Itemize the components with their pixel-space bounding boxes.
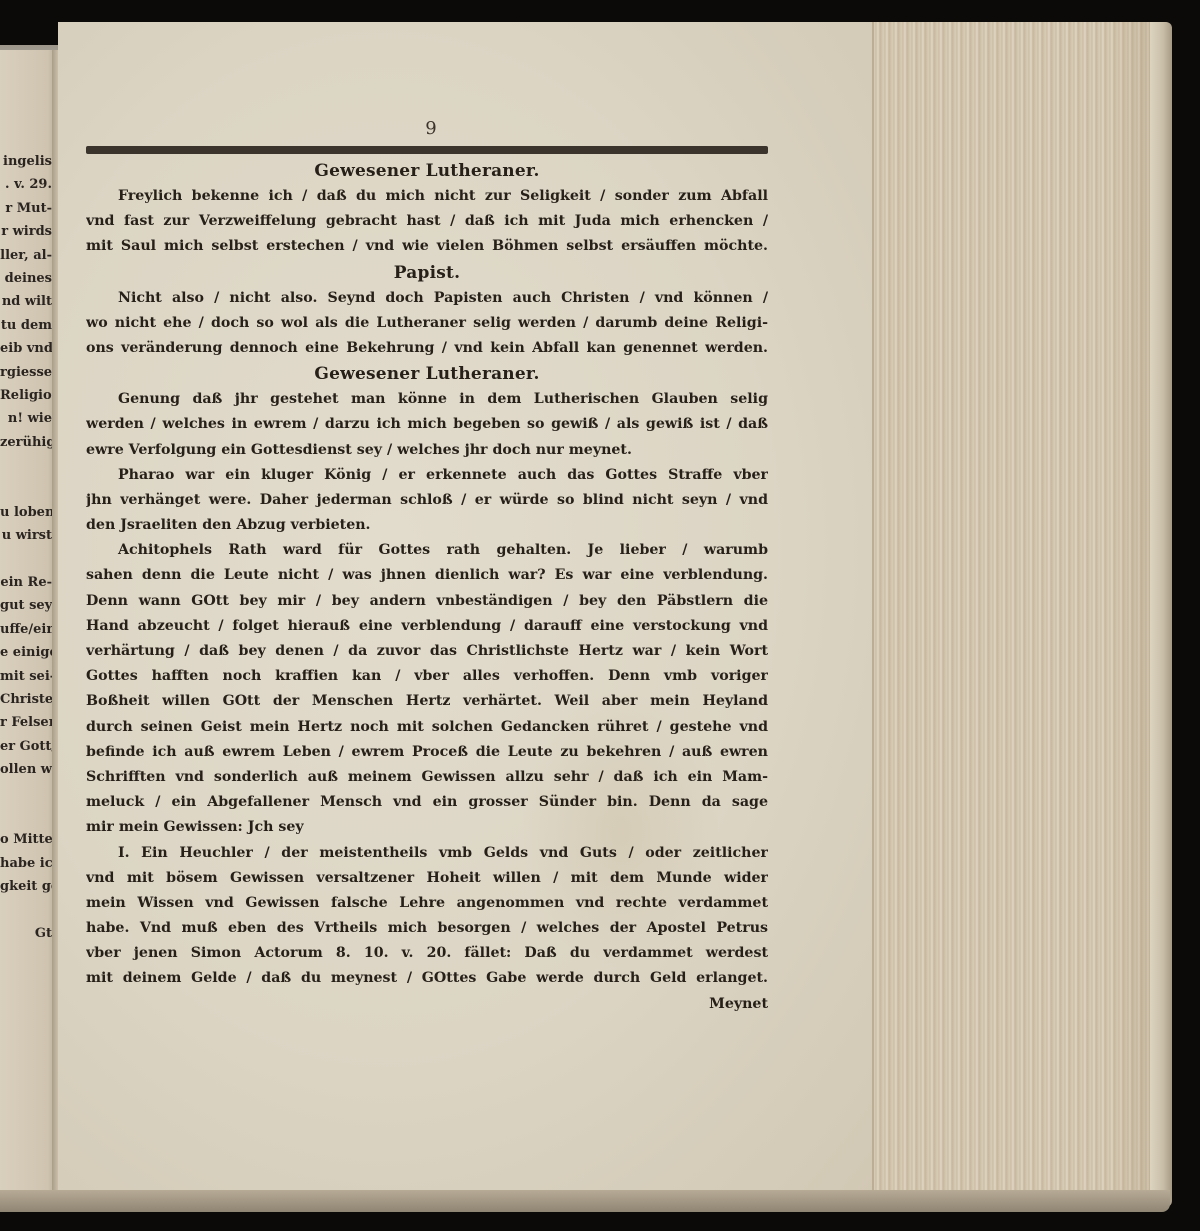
left-fragment-line: o Mittel — [0, 828, 52, 851]
text-line: wo nicht ehe / doch so wol als die Luthe… — [86, 311, 768, 336]
text-line: habe. Vnd muß eben des Vrtheils mich bes… — [86, 916, 768, 941]
left-fragment-line: er Gott/ — [0, 735, 52, 758]
left-fragment-line: u loben/ — [0, 501, 52, 524]
left-fragment-line: ein Re- — [0, 571, 52, 594]
left-fragment-line: r wirds — [0, 220, 52, 243]
text-line: Hand abzeucht / folget hierauß eine verb… — [86, 614, 768, 639]
text-line: mit Saul mich selbst erstechen / vnd wie… — [86, 234, 768, 259]
text-line: meluck / ein Abgefallener Mensch vnd ein… — [86, 790, 768, 815]
left-fragment-line: tu dem — [0, 314, 52, 337]
left-fragment-line: Gt — [0, 922, 52, 945]
text-line: Achitophels Rath ward für Gottes rath ge… — [86, 538, 768, 563]
left-fragment-line — [0, 477, 52, 500]
header-rule — [86, 146, 768, 154]
text-line: Genung daß jhr gestehet man könne in dem… — [86, 387, 768, 412]
speaker-heading: Papist. — [86, 260, 768, 286]
text-line: I. Ein Heuchler / der meistentheils vmb … — [86, 841, 768, 866]
text-line: verhärtung / daß bey denen / da zuvor da… — [86, 639, 768, 664]
left-fragment-line: e einige — [0, 641, 52, 664]
left-fragment-line: nd wilt — [0, 290, 52, 313]
left-fragment-line: n! wie — [0, 407, 52, 430]
left-fragment-line: eib vnd — [0, 337, 52, 360]
left-fragment-line: Christe/ — [0, 688, 52, 711]
left-fragment-line: mit sei- — [0, 665, 52, 688]
text-line: mir mein Gewissen: Jch sey — [86, 815, 768, 840]
page-number: 9 — [86, 118, 768, 144]
catchword: Meynet — [86, 992, 768, 1017]
text-line: mein Wissen vnd Gewissen falsche Lehre a… — [86, 891, 768, 916]
text-line: Nicht also / nicht also. Seynd doch Papi… — [86, 286, 768, 311]
left-page-margin-text: ingelis . v. 29. r Mut- r wirds ller, al… — [0, 150, 52, 945]
text-line: sahen denn die Leute nicht / was jhnen d… — [86, 563, 768, 588]
text-line: mit deinem Gelde / daß du meynest / GOtt… — [86, 966, 768, 991]
text-line: Pharao war ein kluger König / er erkenne… — [86, 463, 768, 488]
text-line: ons veränderung dennoch eine Bekehrung /… — [86, 336, 768, 361]
left-fragment-line: ingelis — [0, 150, 52, 173]
left-fragment-line — [0, 899, 52, 922]
text-line: vnd fast zur Verzweiffelung gebracht has… — [86, 209, 768, 234]
page-fore-edge — [872, 22, 1159, 1192]
left-fragment-line: gkeit ge- — [0, 875, 52, 898]
left-fragment-line — [0, 454, 52, 477]
text-line: Boßheit willen GOtt der Menschen Hertz v… — [86, 689, 768, 714]
right-page-text: 9 Gewesener Lutheraner. Freylich bekenne… — [86, 118, 768, 1017]
left-fragment-line — [0, 805, 52, 828]
left-fragment-line: gut sey/ — [0, 594, 52, 617]
left-fragment-line — [0, 548, 52, 571]
left-fragment-line: Religion — [0, 384, 52, 407]
text-line: jhn verhänget were. Daher jederman schlo… — [86, 488, 768, 513]
speaker-heading: Gewesener Lutheraner. — [86, 361, 768, 387]
text-line: Schrifften vnd sonderlich auß meinem Gew… — [86, 765, 768, 790]
text-line: Freylich bekenne ich / daß du mich nicht… — [86, 184, 768, 209]
left-fragment-line: uffe/ein — [0, 618, 52, 641]
left-fragment-line: deines — [0, 267, 52, 290]
left-fragment-line: u wirst — [0, 524, 52, 547]
text-line: vber jenen Simon Actorum 8. 10. v. 20. f… — [86, 941, 768, 966]
text-line: Gottes hafften noch kraffien kan / vber … — [86, 664, 768, 689]
book-cover-right-edge — [1150, 22, 1172, 1207]
left-fragment-line: zerühig — [0, 431, 52, 454]
book-cover-bottom-edge — [0, 1190, 1170, 1212]
text-line: vnd mit bösem Gewissen versaltzener Hohe… — [86, 866, 768, 891]
text-line: den Jsraeliten den Abzug verbieten. — [86, 513, 768, 538]
left-fragment-line: r Mut- — [0, 197, 52, 220]
text-line: befinde ich auß ewrem Leben / ewrem Proc… — [86, 740, 768, 765]
left-fragment-line: habe ich — [0, 852, 52, 875]
left-fragment-line: r Felsen — [0, 711, 52, 734]
book-photograph: ingelis . v. 29. r Mut- r wirds ller, al… — [0, 0, 1200, 1231]
text-line: ewre Verfolgung ein Gottesdienst sey / w… — [86, 438, 768, 463]
left-fragment-line: . v. 29. — [0, 173, 52, 196]
left-fragment-line: ollen wir — [0, 758, 52, 781]
speaker-heading: Gewesener Lutheraner. — [86, 158, 768, 184]
left-fragment-line — [0, 782, 52, 805]
left-fragment-line: rgiessen — [0, 361, 52, 384]
text-line: werden / welches in ewrem / darzu ich mi… — [86, 412, 768, 437]
left-fragment-line: ller, al- — [0, 244, 52, 267]
text-line: durch seinen Geist mein Hertz noch mit s… — [86, 715, 768, 740]
text-line: Denn wann GOtt bey mir / bey andern vnbe… — [86, 589, 768, 614]
